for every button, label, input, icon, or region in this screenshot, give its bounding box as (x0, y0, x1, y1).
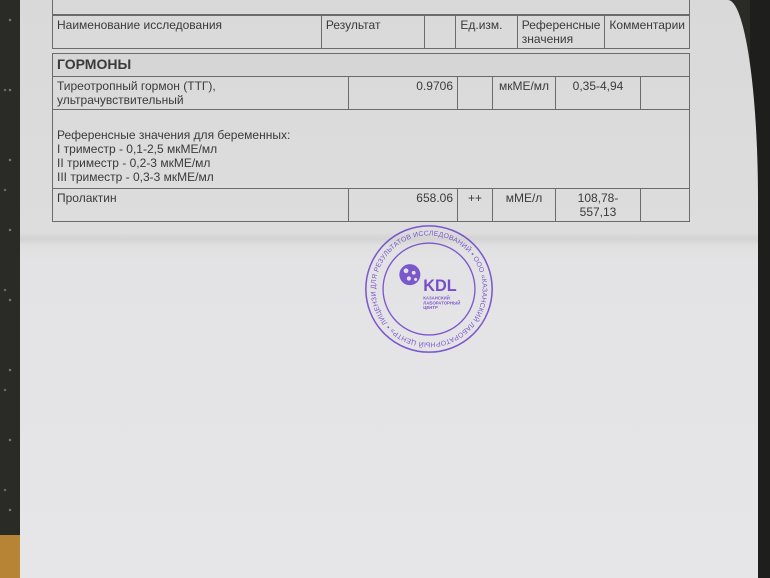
col-unit-header: Ед.изм. (456, 16, 517, 49)
hormones-section: ГОРМОНЫ Тиреотропный гормон (ТТГ), ультр… (52, 53, 690, 222)
test-flag: ++ (458, 189, 493, 222)
kdl-logo-icon (399, 264, 420, 285)
test-reference: 108,78-557,13 (556, 189, 641, 222)
lab-results-document: Наименование исследования Результат Ед.и… (52, 0, 690, 222)
col-reference-header: Референсные значения (517, 16, 605, 49)
stamp-graphic: ДЛЯ РЕЗУЛЬТАТОВ ИССЛЕДОВАНИЙ • ООО «КАЗА… (360, 222, 498, 356)
pregnancy-reference-note: Референсные значения для беременных: I т… (53, 110, 690, 189)
table-row: Пролактин 658.06 ++ мМЕ/л 108,78-557,13 (53, 189, 690, 222)
col-name-header: Наименование исследования (53, 16, 322, 49)
test-name: Пролактин (53, 189, 349, 222)
test-reference: 0,35-4,94 (556, 77, 641, 110)
results-header-table: Наименование исследования Результат Ед.и… (52, 15, 690, 49)
section-title-row: ГОРМОНЫ (53, 54, 690, 77)
col-flag-header (424, 16, 456, 49)
test-unit: мМЕ/л (493, 189, 556, 222)
previous-section-strip (52, 0, 690, 15)
test-comment (641, 189, 690, 222)
note-title: Референсные значения для беременных: (57, 128, 685, 142)
lab-stamp: ДЛЯ РЕЗУЛЬТАТОВ ИССЛЕДОВАНИЙ • ООО «КАЗА… (360, 222, 498, 356)
wood-edge (0, 535, 22, 578)
note-line: III триместр - 0,3-3 мкМЕ/мл (57, 170, 685, 184)
table-row: Тиреотропный гормон (ТТГ), ультрачувстви… (53, 77, 690, 110)
test-result: 658.06 (349, 189, 458, 222)
test-comment (641, 77, 690, 110)
col-comments-header: Комментарии (605, 16, 690, 49)
test-name: Тиреотропный гормон (ТТГ), ультрачувстви… (53, 77, 349, 110)
test-result: 0.9706 (349, 77, 458, 110)
stamp-logo-text: KDL (423, 277, 456, 295)
section-title: ГОРМОНЫ (53, 54, 690, 77)
col-result-header: Результат (321, 16, 424, 49)
stamp-subtitle: ЦЕНТР (423, 305, 438, 310)
note-line: II триместр - 0,2-3 мкМЕ/мл (57, 156, 685, 170)
test-unit: мкМЕ/мл (493, 77, 556, 110)
note-line: I триместр - 0,1-2,5 мкМЕ/мл (57, 142, 685, 156)
header-row: Наименование исследования Результат Ед.и… (53, 16, 690, 49)
test-flag (458, 77, 493, 110)
